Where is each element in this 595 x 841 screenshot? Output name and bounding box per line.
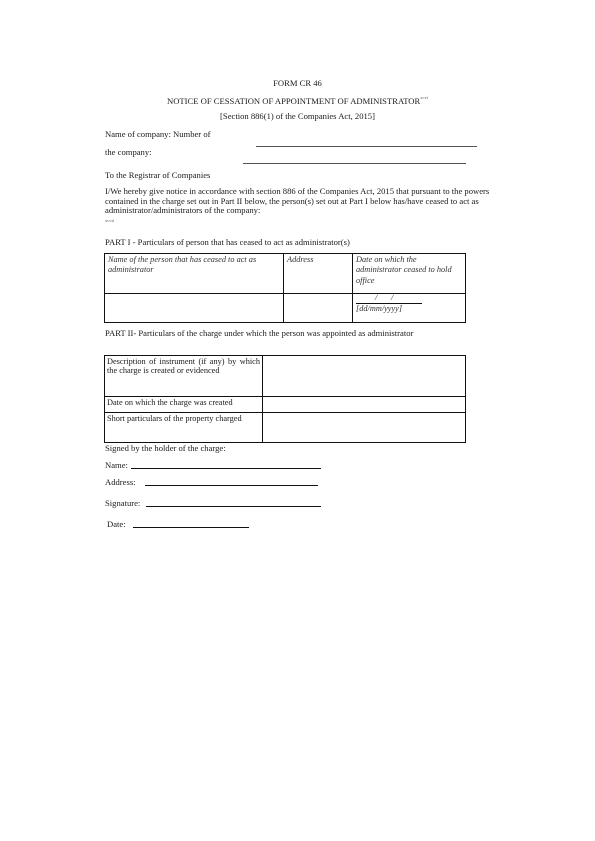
table-row: Short particulars of the property charge… xyxy=(105,413,466,443)
signature-label: Signature: xyxy=(105,498,140,508)
company-name-field[interactable] xyxy=(256,146,477,147)
company-name-label: Name of company: Number of xyxy=(105,129,210,139)
table-row: Date on which the charge was created xyxy=(105,397,466,413)
date-separator: / xyxy=(375,293,377,303)
part1-heading: PART I - Particulars of person that has … xyxy=(105,237,350,247)
date-input-line[interactable]: / / xyxy=(356,294,422,304)
part2-table: Description of instrument (if any) by wh… xyxy=(104,355,466,443)
signer-address-label: Address: xyxy=(105,477,136,487)
signer-name-field[interactable] xyxy=(131,468,321,469)
property-particulars-value[interactable] xyxy=(263,413,466,443)
signer-address-field[interactable] xyxy=(145,485,318,486)
instrument-description-label: Description of instrument (if any) by wh… xyxy=(105,356,263,397)
signature-heading: Signed by the holder of the charge: xyxy=(105,443,226,453)
part2-heading: PART II- Particulars of the charge under… xyxy=(105,329,435,339)
date-separator: / xyxy=(391,293,393,303)
form-code: FORM CR 46 xyxy=(0,78,595,88)
instrument-description-value[interactable] xyxy=(263,356,466,397)
column-header-date: Date on which the administrator ceased t… xyxy=(353,254,466,294)
administrator-name-cell[interactable] xyxy=(105,294,284,323)
signed-date-label: Date: xyxy=(107,519,126,529)
column-header-address: Address xyxy=(284,254,353,294)
administrator-address-cell[interactable] xyxy=(284,294,353,323)
company-number-field[interactable] xyxy=(243,163,466,164)
footnote-marker: xcvi xyxy=(420,95,428,100)
part1-table: Name of the person that has ceased to ac… xyxy=(104,253,466,323)
table-header-row: Name of the person that has ceased to ac… xyxy=(105,254,466,294)
table-row: / / [dd/mm/yyyy] xyxy=(105,294,466,323)
property-particulars-label: Short particulars of the property charge… xyxy=(105,413,263,443)
column-header-name: Name of the person that has ceased to ac… xyxy=(105,254,284,294)
signer-name-label: Name: xyxy=(105,460,128,470)
addressee: To the Registrar of Companies xyxy=(105,170,210,180)
cessation-date-cell[interactable]: / / [dd/mm/yyyy] xyxy=(353,294,466,323)
form-title-text: NOTICE OF CESSATION OF APPOINTMENT OF AD… xyxy=(167,96,420,106)
charge-date-label: Date on which the charge was created xyxy=(105,397,263,413)
table-row: Description of instrument (if any) by wh… xyxy=(105,356,466,397)
section-reference: [Section 886(1) of the Companies Act, 20… xyxy=(0,111,595,121)
notice-text: I/We hereby give notice in accordance wi… xyxy=(105,187,497,216)
date-format-hint: [dd/mm/yyyy] xyxy=(356,304,402,314)
charge-date-value[interactable] xyxy=(263,397,466,413)
form-title: NOTICE OF CESSATION OF APPOINTMENT OF AD… xyxy=(0,95,595,106)
signed-date-field[interactable] xyxy=(133,527,249,528)
company-number-label: the company: xyxy=(105,147,152,157)
footnote-marker: xcvii xyxy=(105,218,114,223)
signature-field[interactable] xyxy=(146,506,321,507)
